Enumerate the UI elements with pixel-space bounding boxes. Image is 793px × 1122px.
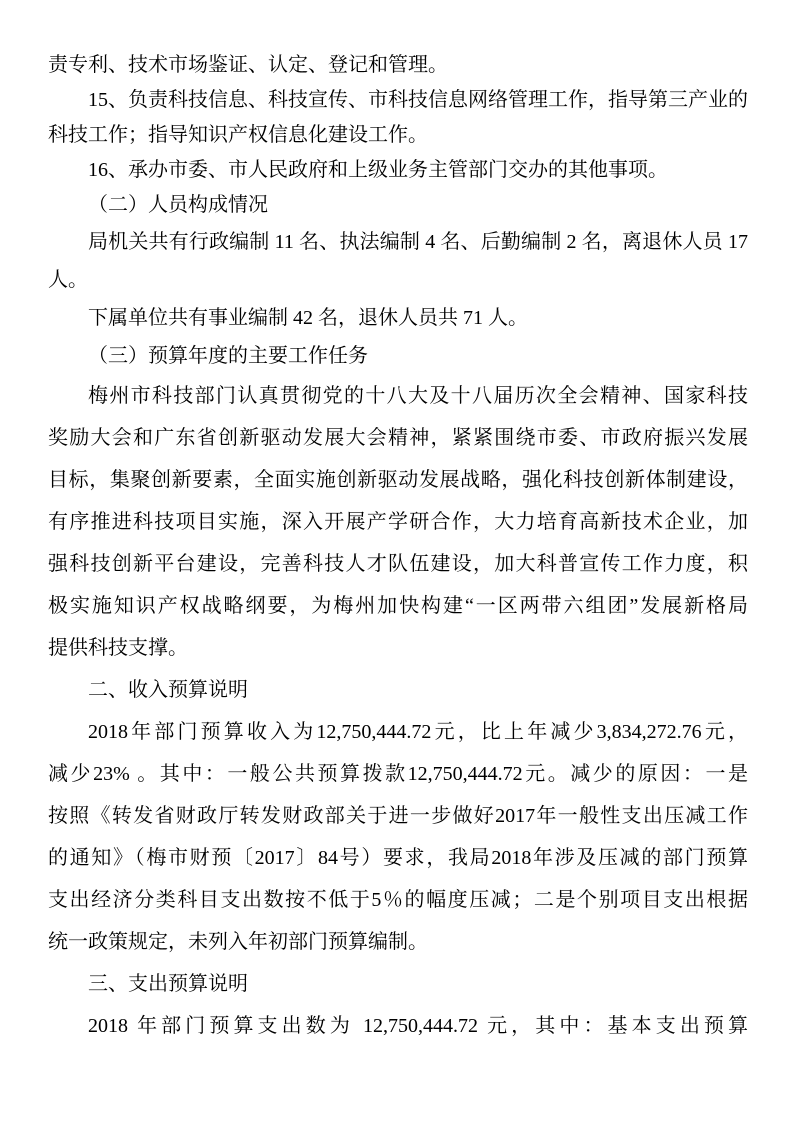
text-line: 二、收入预算说明 — [48, 669, 748, 711]
text-line: 奖励大会和广东省创新驱动发展大会精神，紧紧围绕市委、市政府振兴发展 — [48, 417, 748, 459]
text-line: 15、负责科技信息、科技宣传、市科技信息网络管理工作，指导第三产业的 — [48, 83, 748, 118]
text-line: 有序推进科技项目实施，深入开展产学研合作，大力培育高新技术企业，加 — [48, 501, 748, 543]
text-line: 目标，集聚创新要素，全面实施创新驱动发展战略，强化科技创新体制建设， — [48, 459, 748, 501]
text-line: 人。 — [48, 261, 748, 299]
text-line: 强科技创新平台建设，完善科技人才队伍建设，加大科普宣传工作力度，积 — [48, 543, 748, 585]
text-line: 统一政策规定，未列入年初部门预算编制。 — [48, 921, 748, 963]
document-body: 责专利、技术市场鉴证、认定、登记和管理。15、负责科技信息、科技宣传、市科技信息… — [48, 48, 748, 1047]
text-line: 16、承办市委、市人民政府和上级业务主管部门交办的其他事项。 — [48, 153, 748, 188]
paragraph-block: 责专利、技术市场鉴证、认定、登记和管理。15、负责科技信息、科技宣传、市科技信息… — [48, 48, 748, 223]
text-line: 2018 年部门预算支出数为 12,750,444.72 元，其中：基本支出预算 — [48, 1005, 748, 1047]
text-line: （二）人员构成情况 — [48, 188, 748, 223]
document-page: 责专利、技术市场鉴证、认定、登记和管理。15、负责科技信息、科技宣传、市科技信息… — [0, 0, 793, 1122]
text-line: 责专利、技术市场鉴证、认定、登记和管理。 — [48, 48, 748, 83]
text-line: 2018年部门预算收入为12,750,444.72元，比上年减少3,834,27… — [48, 711, 748, 753]
text-line: 的通知》（梅市财预〔2017〕84号）要求，我局2018年涉及压减的部门预算 — [48, 837, 748, 879]
text-line: 梅州市科技部门认真贯彻党的十八大及十八届历次全会精神、国家科技 — [48, 375, 748, 417]
text-line: 支出经济分类科目支出数按不低于5％的幅度压减；二是个别项目支出根据 — [48, 879, 748, 921]
text-line: 按照《转发省财政厅转发财政部关于进一步做好2017年一般性支出压减工作 — [48, 795, 748, 837]
text-line: 局机关共有行政编制 11 名、执法编制 4 名、后勤编制 2 名，离退休人员 1… — [48, 223, 748, 261]
text-line: 减少23% 。其中：一般公共预算拨款12,750,444.72元。减少的原因：一… — [48, 753, 748, 795]
text-line: （三）预算年度的主要工作任务 — [48, 337, 748, 375]
text-line: 下属单位共有事业编制 42 名，退休人员共 71 人。 — [48, 299, 748, 337]
paragraph-block: 局机关共有行政编制 11 名、执法编制 4 名、后勤编制 2 名，离退休人员 1… — [48, 223, 748, 375]
text-line: 提供科技支撑。 — [48, 627, 748, 669]
text-line: 科技工作；指导知识产权信息化建设工作。 — [48, 118, 748, 153]
text-line: 极实施知识产权战略纲要，为梅州加快构建“一区两带六组团”发展新格局 — [48, 585, 748, 627]
text-line: 三、支出预算说明 — [48, 963, 748, 1005]
paragraph-block: 梅州市科技部门认真贯彻党的十八大及十八届历次全会精神、国家科技奖励大会和广东省创… — [48, 375, 748, 1047]
